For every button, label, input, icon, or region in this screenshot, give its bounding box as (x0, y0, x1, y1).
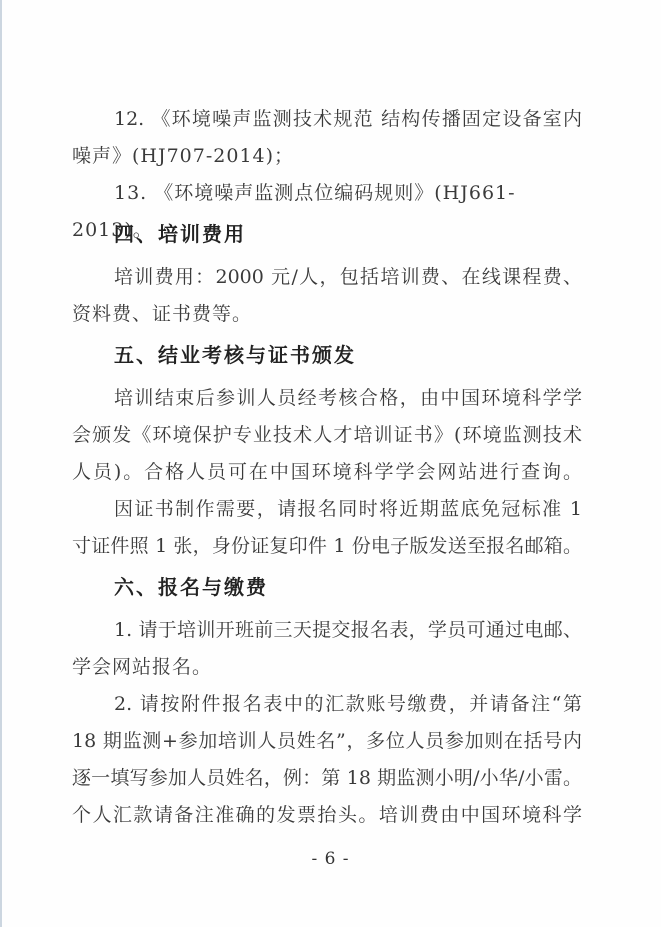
registration-item-2-line2: 18 期监测+参加培训人员姓名”，多位人员参加则在括号内 (72, 723, 582, 760)
standard-item-12-line1: 12. 《环境噪声监测技术规范 结构传播固定设备室内 (72, 101, 582, 138)
photo-id-para-line1: 因证书制作需要，请报名同时将近期蓝底免冠标准 1 (72, 491, 582, 528)
section-heading-registration-payment: 六、报名与缴费 (72, 570, 582, 607)
page-left-edge (0, 0, 2, 927)
page-number: - 6 - (0, 849, 661, 869)
document-body: 12. 《环境噪声监测技术规范 结构传播固定设备室内 噪声》(HJ707-201… (72, 101, 582, 834)
certificate-para-line2: 会颁发《环境保护专业技术人才培训证书》(环境监测技术 (72, 417, 582, 454)
registration-item-2-line3: 逐一填写参加人员姓名，例：第 18 期监测小明/小华/小雷。 (72, 760, 582, 797)
certificate-para-line3: 人员)。合格人员可在中国环境科学学会网站进行查询。 (72, 454, 582, 491)
registration-item-2-line4: 个人汇款请备注准确的发票抬头。培训费由中国环境科学 (72, 797, 582, 834)
section-heading-assessment-certificate: 五、结业考核与证书颁发 (72, 338, 582, 375)
standard-item-13: 13. 《环境噪声监测点位编码规则》(HJ661-2013)。 (72, 175, 582, 212)
registration-item-1-line2: 学会网站报名。 (72, 649, 582, 686)
registration-item-2-line1: 2. 请按附件报名表中的汇款账号缴费，并请备注“第 (72, 686, 582, 723)
section-heading-training-fee: 四、培训费用 (72, 217, 582, 254)
training-fee-line2: 资料费、证书费等。 (72, 296, 582, 333)
registration-item-1-line1: 1. 请于培训开班前三天提交报名表，学员可通过电邮、 (72, 612, 582, 649)
photo-id-para-line2: 寸证件照 1 张，身份证复印件 1 份电子版发送至报名邮箱。 (72, 528, 582, 565)
certificate-para-line1: 培训结束后参训人员经考核合格，由中国环境科学学 (72, 380, 582, 417)
standard-item-12-line2: 噪声》(HJ707-2014)； (72, 138, 582, 175)
training-fee-line1: 培训费用：2000 元/人，包括培训费、在线课程费、 (72, 259, 582, 296)
document-page: 12. 《环境噪声监测技术规范 结构传播固定设备室内 噪声》(HJ707-201… (0, 0, 661, 927)
